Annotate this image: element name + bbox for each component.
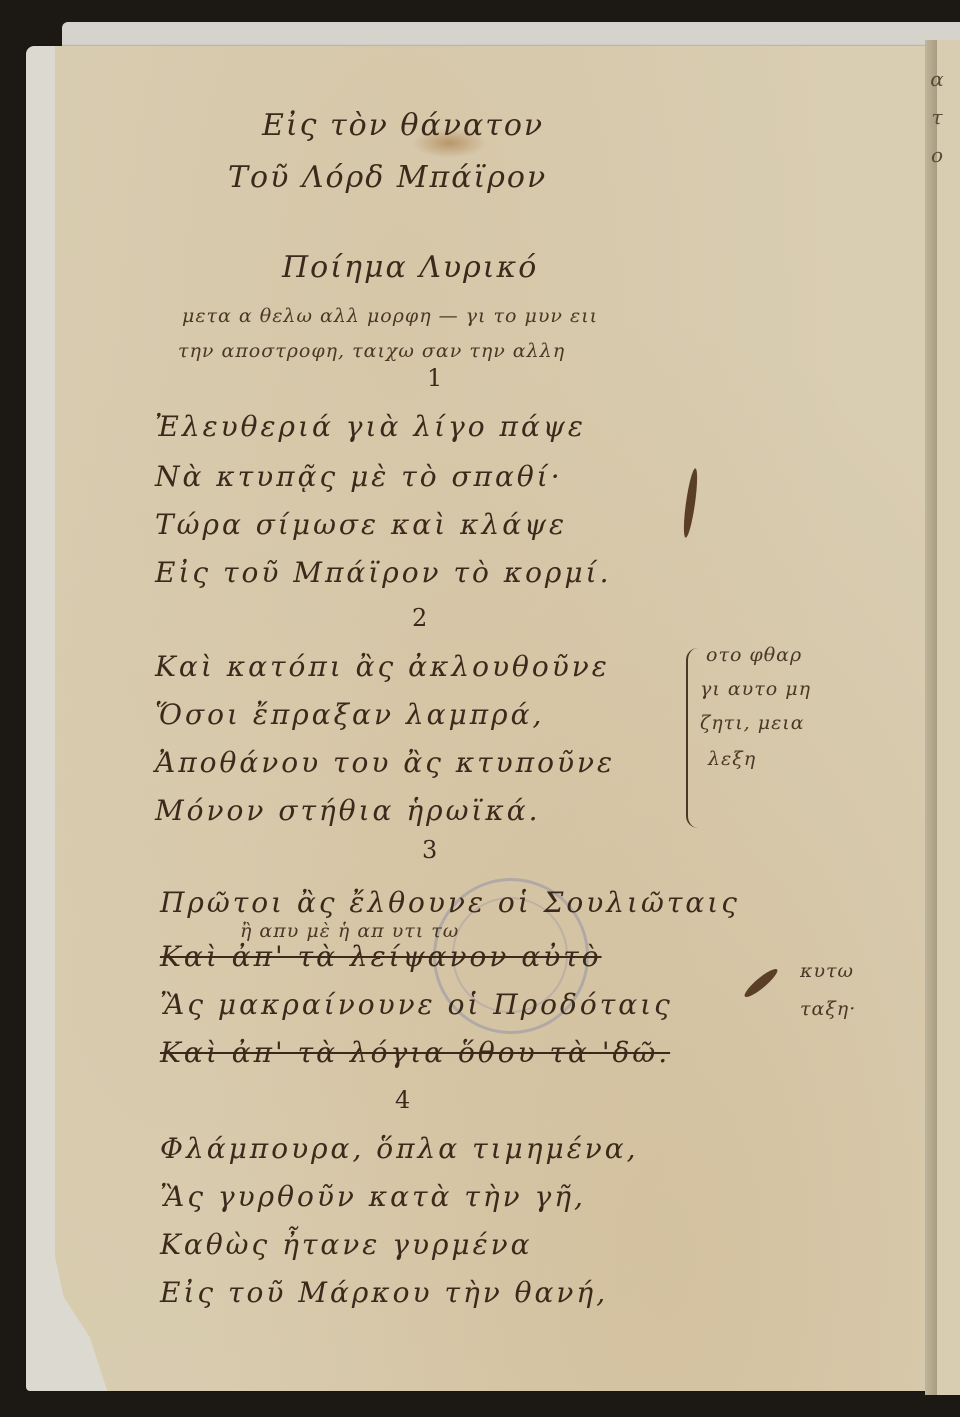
margin-note: γι αυτο μη xyxy=(700,678,811,700)
stanza-number: 4 xyxy=(395,1086,412,1114)
verse-line: Μόνον στήθια ἡρωϊκά. xyxy=(155,794,541,827)
verse-line: Καθὼς ἦτανε γυρμένα xyxy=(160,1228,533,1261)
struck-verse-line: Καὶ ἀπ' τὰ λείψανον αὐτὸ xyxy=(160,940,602,973)
editorial-note-line-1: μετα α θελω αλλ μορφη — γι το μυν ειι xyxy=(182,305,598,327)
verse-line: Εἰς τοῦ Μάρκου τὴν θανή, xyxy=(160,1276,608,1309)
verse-line: Φλάμπουρα, ὅπλα τιμημένα, xyxy=(160,1132,639,1165)
margin-note: ζητι, μεια xyxy=(700,712,805,734)
page-gutter xyxy=(925,40,937,1395)
margin-note: ταξη· xyxy=(800,998,856,1020)
stanza-number: 1 xyxy=(427,364,444,392)
verse-line: Νὰ κτυπᾷς μὲ τὸ σπαθί· xyxy=(155,460,563,493)
verse-line: Τώρα σίμωσε καὶ κλάψε xyxy=(155,508,567,541)
verse-line: Ὅσοι ἔπραξαν λαμπρά, xyxy=(155,698,544,731)
verse-line: Ἀποθάνου του ἂς κτυποῦνε xyxy=(155,746,615,779)
margin-note: λεξη xyxy=(708,748,756,770)
verse-line: Καὶ κατόπι ἂς ἀκλουθοῦνε xyxy=(155,650,610,683)
interlinear-correction: ἢ απυ μὲ ἡ απ υτι τω xyxy=(240,920,459,942)
margin-bracket xyxy=(686,648,698,828)
verse-line: Ἂς γυρθοῦν κατὰ τὴν γῆ, xyxy=(160,1180,586,1213)
stanza-number: 3 xyxy=(422,836,439,864)
verse-line: Εἰς τοῦ Μπάϊρον τὸ κορμί. xyxy=(155,556,611,589)
title-line-2: Τοῦ Λόρδ Μπάϊρον xyxy=(228,160,547,195)
struck-verse-line: Καὶ ἀπ' τὰ λόγια ὅθου τὰ 'δῶ. xyxy=(160,1036,670,1069)
subtitle: Ποίημα Λυρικό xyxy=(282,250,538,285)
title-line-1: Εἰς τὸν θάνατον xyxy=(262,108,544,143)
editorial-note-line-2: την αποστροφη, ταιχω σαν την αλλη xyxy=(178,340,565,362)
margin-note: κυτω xyxy=(800,960,854,982)
verse-line: Πρῶτοι ἂς ἔλθουνε οἱ Σουλιῶταις xyxy=(160,886,740,919)
verse-line: Ἂς μακραίνουνε οἱ Προδόταις xyxy=(160,988,673,1021)
adjacent-page-text: α τ ο xyxy=(930,60,944,174)
stanza-number: 2 xyxy=(412,604,429,632)
margin-note: οτο φθαρ xyxy=(706,644,802,666)
verse-line: Ἐλευθεριά γιὰ λίγο πάψε xyxy=(155,410,586,443)
adjacent-page-edge xyxy=(937,40,960,1395)
